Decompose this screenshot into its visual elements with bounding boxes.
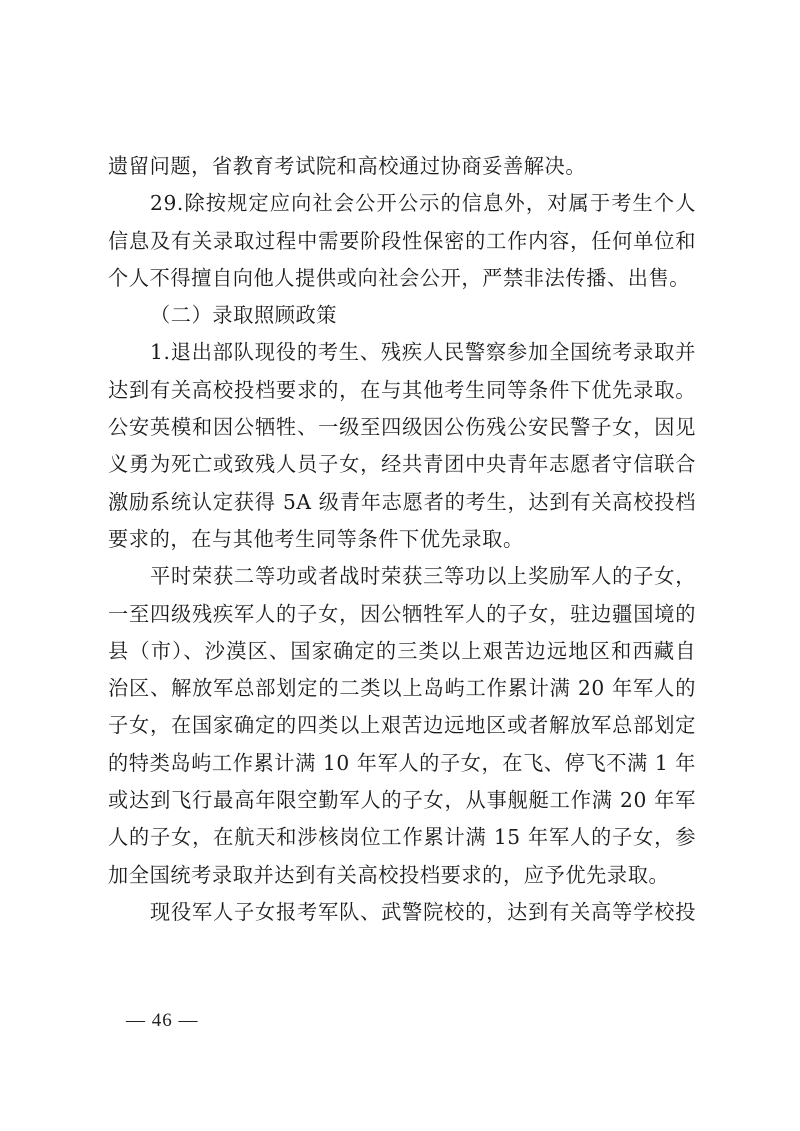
paragraph-line: 义勇为死亡或致残人员子女，经共青团中央青年志愿者守信联合: [108, 446, 696, 483]
paragraph-line: 人的子女，在航天和涉核岗位工作累计满 15 年军人的子女，参: [108, 819, 696, 856]
section-heading: （二）录取照顾政策: [108, 297, 696, 334]
body-text: 遗留问题，省教育考试院和高校通过协商妥善解决。 29.除按规定应向社会公开公示的…: [108, 148, 696, 931]
paragraph-line: 29.除按规定应向社会公开公示的信息外，对属于考生个人: [108, 185, 696, 222]
page-number: — 46 —: [126, 1010, 199, 1032]
paragraph-line: 平时荣获二等功或者战时荣获三等功以上奖励军人的子女，: [108, 558, 696, 595]
paragraph-line: 公安英模和因公牺牲、一级至四级因公伤残公安民警子女，因见: [108, 409, 696, 446]
paragraph-line: 达到有关高校投档要求的，在与其他考生同等条件下优先录取。: [108, 372, 696, 409]
paragraph-line: 一至四级残疾军人的子女，因公牺牲军人的子女，驻边疆国境的: [108, 596, 696, 633]
paragraph-line: 信息及有关录取过程中需要阶段性保密的工作内容，任何单位和: [108, 223, 696, 260]
document-page: 遗留问题，省教育考试院和高校通过协商妥善解决。 29.除按规定应向社会公开公示的…: [0, 0, 800, 1131]
paragraph-line: 1.退出部队现役的考生、残疾人民警察参加全国统考录取并: [108, 334, 696, 371]
paragraph-line: 现役军人子女报考军队、武警院校的，达到有关高等学校投: [108, 894, 696, 931]
paragraph-line: 的特类岛屿工作累计满 10 年军人的子女，在飞、停飞不满 1 年: [108, 745, 696, 782]
paragraph-line: 或达到飞行最高年限空勤军人的子女，从事舰艇工作满 20 年军: [108, 782, 696, 819]
paragraph-line: 个人不得擅自向他人提供或向社会公开，严禁非法传播、出售。: [108, 260, 696, 297]
paragraph-line: 遗留问题，省教育考试院和高校通过协商妥善解决。: [108, 148, 696, 185]
paragraph-line: 治区、解放军总部划定的二类以上岛屿工作累计满 20 年军人的: [108, 670, 696, 707]
paragraph-line: 激励系统认定获得 5A 级青年志愿者的考生，达到有关高校投档: [108, 484, 696, 521]
paragraph-line: 要求的，在与其他考生同等条件下优先录取。: [108, 521, 696, 558]
paragraph-line: 县（市）、沙漠区、国家确定的三类以上艰苦边远地区和西藏自: [108, 633, 696, 670]
paragraph-line: 加全国统考录取并达到有关高校投档要求的，应予优先录取。: [108, 857, 696, 894]
paragraph-line: 子女，在国家确定的四类以上艰苦边远地区或者解放军总部划定: [108, 707, 696, 744]
